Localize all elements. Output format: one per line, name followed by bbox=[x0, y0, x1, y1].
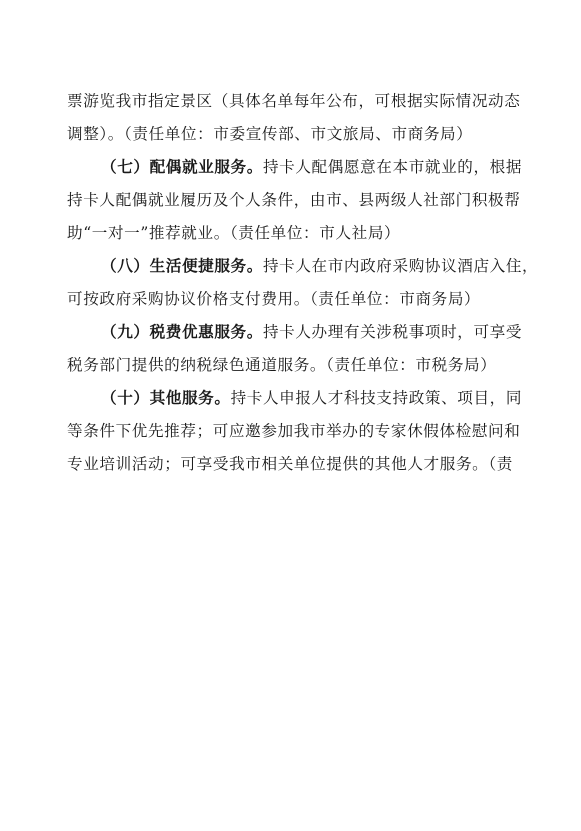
line-text: 等条件下优先推荐；可应邀参加我市举办的专家休假体检慰问和 bbox=[67, 422, 520, 440]
line-text: 持卡人办理有关涉税事项时，可享受 bbox=[263, 323, 522, 341]
text-line: 助“一对一”推荐就业。（责任单位：市人社局） bbox=[67, 221, 513, 245]
text-line: 票游览我市指定景区（具体名单每年公布，可根据实际情况动态 bbox=[67, 89, 513, 113]
item-lead: （九）税费优惠服务。 bbox=[101, 322, 263, 341]
line-text: 专业培训活动；可享受我市相关单位提供的其他人才服务。（责 bbox=[67, 455, 513, 473]
text-line: 专业培训活动；可享受我市相关单位提供的其他人才服务。（责 bbox=[67, 452, 513, 476]
service-item-eight: （八）生活便捷服务。持卡人在市内政府采购协议酒店入住， bbox=[101, 254, 513, 278]
line-text: 调整）。（责任单位：市委宣传部、市文旅局、市商务局） bbox=[67, 125, 472, 143]
service-item-nine: （九）税费优惠服务。持卡人办理有关涉税事项时，可享受 bbox=[101, 320, 513, 344]
item-lead: （十）其他服务。 bbox=[101, 388, 231, 407]
line-text: 票游览我市指定景区（具体名单每年公布，可根据实际情况动态 bbox=[67, 92, 520, 110]
text-line: 持卡人配偶就业履历及个人条件，由市、县两级人社部门积极帮 bbox=[67, 188, 513, 212]
service-item-ten: （十）其他服务。持卡人申报人才科技支持政策、项目，同 bbox=[101, 386, 513, 410]
document-page: 票游览我市指定景区（具体名单每年公布，可根据实际情况动态 调整）。（责任单位：市… bbox=[0, 0, 581, 828]
line-text: 持卡人在市内政府采购协议酒店入住， bbox=[263, 257, 538, 275]
text-line: 税务部门提供的纳税绿色通道服务。（责任单位：市税务局） bbox=[67, 353, 513, 377]
item-lead: （七）配偶就业服务。 bbox=[101, 157, 263, 176]
line-text: 税务部门提供的纳税绿色通道服务。（责任单位：市税务局） bbox=[67, 356, 496, 374]
line-text: 持卡人配偶愿意在本市就业的，根据 bbox=[263, 158, 522, 176]
line-text: 持卡人申报人才科技支持政策、项目，同 bbox=[231, 389, 523, 407]
line-text: 持卡人配偶就业履历及个人条件，由市、县两级人社部门积极帮 bbox=[67, 191, 520, 209]
text-line: 可按政府采购协议价格支付费用。（责任单位：市商务局） bbox=[67, 287, 513, 311]
line-text: 可按政府采购协议价格支付费用。（责任单位：市商务局） bbox=[67, 290, 480, 308]
text-line: 等条件下优先推荐；可应邀参加我市举办的专家休假体检慰问和 bbox=[67, 419, 513, 443]
line-text: 助“一对一”推荐就业。（责任单位：市人社局） bbox=[67, 224, 400, 242]
service-item-seven: （七）配偶就业服务。持卡人配偶愿意在本市就业的，根据 bbox=[101, 155, 513, 179]
text-line: 调整）。（责任单位：市委宣传部、市文旅局、市商务局） bbox=[67, 122, 513, 146]
item-lead: （八）生活便捷服务。 bbox=[101, 256, 263, 275]
